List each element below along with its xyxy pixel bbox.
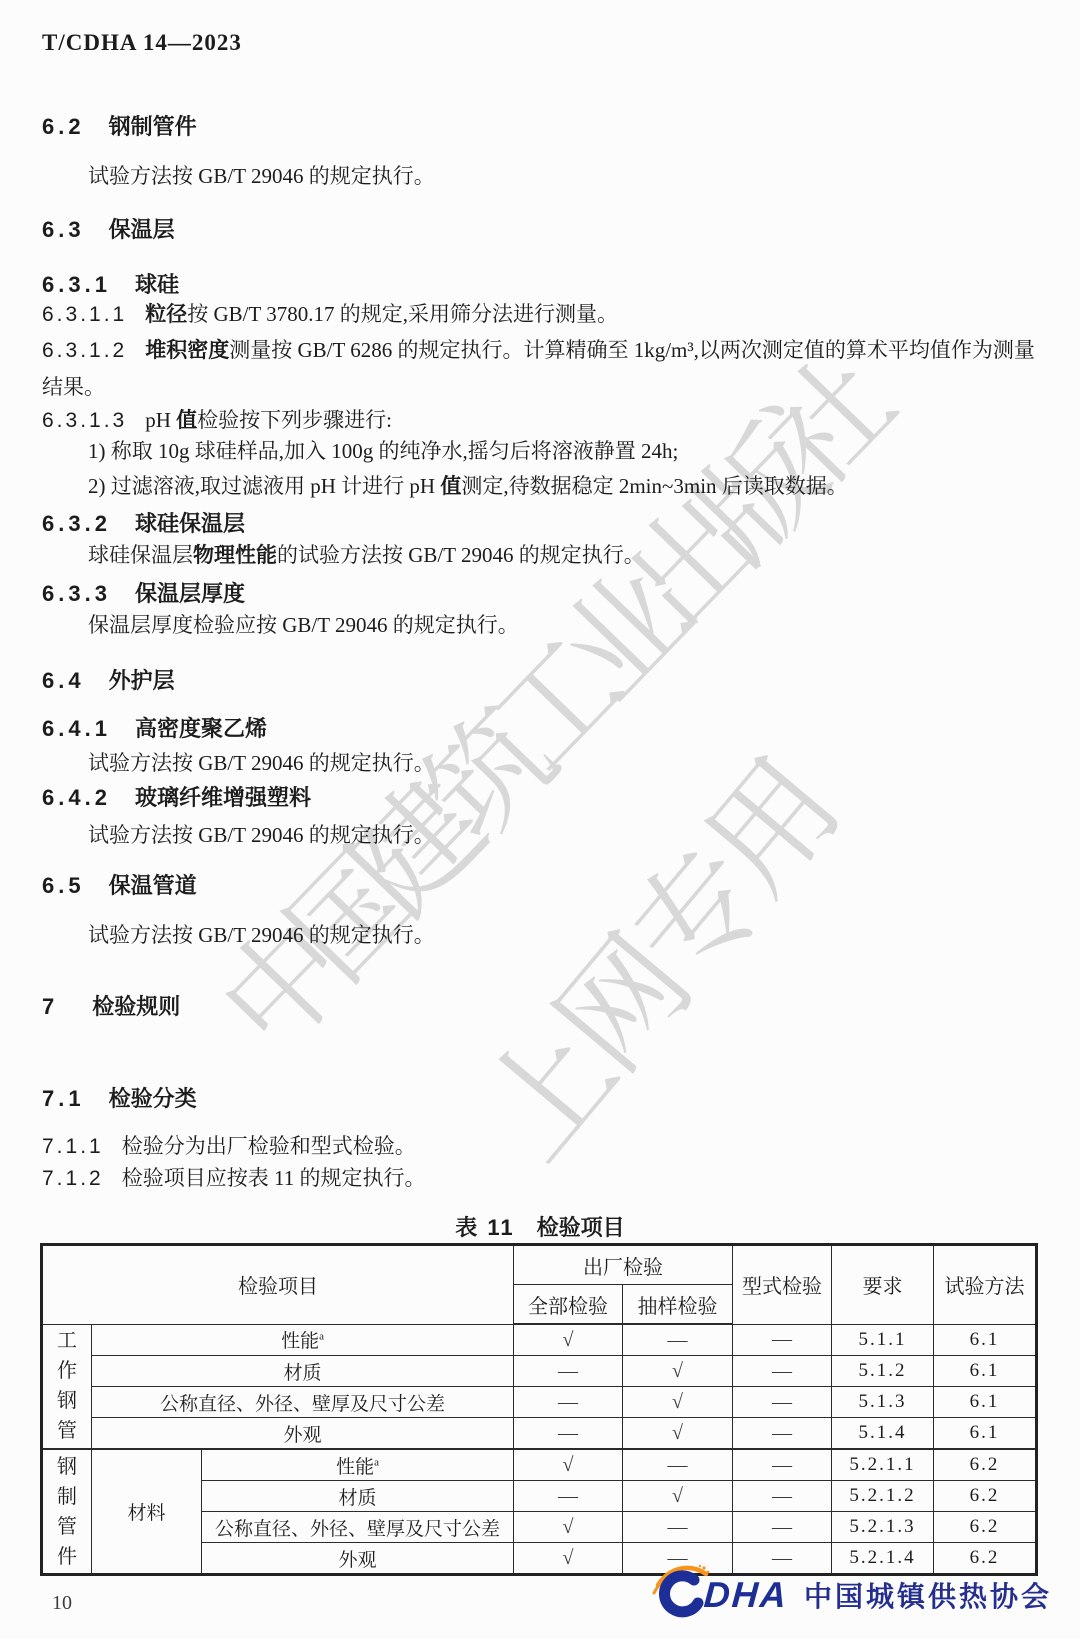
table-caption: 表 11检验项目 [0, 1211, 1080, 1242]
method-cell: 6.1 [934, 1387, 1037, 1418]
heading-6-2: 6.2钢制管件 [42, 108, 1040, 145]
table-row: 外观—√—5.1.46.1 [42, 1418, 1037, 1450]
col-header-requirement: 要求 [832, 1245, 934, 1325]
footnote-marker: a [374, 1456, 379, 1468]
mark-cell: √ [623, 1481, 733, 1512]
item-cell: 性能a [202, 1449, 514, 1481]
heading-number: 6.4 [42, 668, 85, 693]
requirement-cell: 5.1.4 [832, 1418, 934, 1450]
clause-7-1-2: 7.1.2检验项目应按表 11 的规定执行。 [42, 1160, 1040, 1197]
mark-cell: — [514, 1356, 623, 1387]
text-segment: 2) 过滤溶液,取过滤液用 pH 计进行 pH [88, 474, 440, 498]
item-cell: 公称直径、外径、壁厚及尺寸公差 [92, 1387, 514, 1418]
method-cell: 6.1 [934, 1418, 1037, 1450]
heading-title: 球硅 [135, 272, 179, 297]
text-segment: 保温层厚度检验应按 GB/T 29046 的规定执行。 [88, 613, 519, 637]
clause-number: 6.3.1.2 [42, 339, 127, 362]
paragraph: 试验方法按 GB/T 29046 的规定执行。 [88, 745, 1038, 782]
requirement-cell: 5.1.1 [832, 1324, 934, 1356]
list-item: 2) 过滤溶液,取过滤液用 pH 计进行 pH 值测定,待数据稳定 2min~3… [88, 468, 1038, 505]
requirement-cell: 5.2.1.1 [832, 1449, 934, 1481]
heading-number: 6.2 [42, 114, 85, 139]
text-segment: pH [145, 408, 176, 432]
heading-number: 6.3.2 [42, 511, 111, 536]
heading-6-4-1: 6.4.1高密度聚乙烯 [42, 710, 1040, 747]
page-number: 10 [52, 1592, 72, 1615]
col-header-type-inspection: 型式检验 [733, 1245, 832, 1325]
text-segment: 球硅保温层 [88, 543, 193, 567]
heading-title: 保温层厚度 [135, 581, 245, 606]
heading-title: 外护层 [109, 668, 175, 693]
heading-6-5: 6.5保温管道 [42, 867, 1040, 904]
emphasized-term: 堆积密度 [145, 339, 229, 362]
mark-cell: — [514, 1387, 623, 1418]
text-segment: 按 GB/T 3780.17 的规定,采用筛分法进行测量。 [187, 302, 618, 326]
mark-cell: — [514, 1418, 623, 1450]
heading-number: 6.3.1 [42, 272, 111, 297]
table-row: 材质—√—5.1.26.1 [42, 1356, 1037, 1387]
method-cell: 6.2 [934, 1449, 1037, 1481]
clause-number: 6.3.1.1 [42, 303, 127, 326]
group-label-cell: 钢制管件 [42, 1449, 92, 1575]
col-header-sampling-inspection: 抽样检验 [623, 1285, 733, 1325]
mark-cell: — [733, 1418, 832, 1450]
clause-6-3-1-1: 6.3.1.1粒径按 GB/T 3780.17 的规定,采用筛分法进行测量。 [42, 296, 1040, 333]
paragraph: 球硅保温层物理性能的试验方法按 GB/T 29046 的规定执行。 [88, 537, 1038, 574]
mark-cell: √ [514, 1543, 623, 1575]
method-cell: 6.2 [934, 1481, 1037, 1512]
mark-cell: — [623, 1512, 733, 1543]
text-segment: 检验项目应按表 11 的规定执行。 [122, 1166, 426, 1190]
requirement-cell: 5.2.1.2 [832, 1481, 934, 1512]
mark-cell: √ [623, 1387, 733, 1418]
paragraph: 试验方法按 GB/T 29046 的规定执行。 [88, 158, 1038, 195]
text-segment: 试验方法按 GB/T 29046 的规定执行。 [88, 823, 435, 847]
mark-cell: √ [514, 1512, 623, 1543]
clause-number: 7.1.2 [42, 1167, 104, 1190]
mark-cell: √ [623, 1356, 733, 1387]
group-label-cell: 工作钢管 [42, 1324, 92, 1449]
mark-cell: — [733, 1324, 832, 1356]
requirement-cell: 5.1.3 [832, 1387, 934, 1418]
list-item: 1) 称取 10g 球硅样品,加入 100g 的纯净水,摇匀后将溶液静置 24h… [88, 433, 1038, 470]
heading-number: 7.1 [42, 1086, 85, 1111]
item-cell: 公称直径、外径、壁厚及尺寸公差 [202, 1512, 514, 1543]
heading-6-4: 6.4外护层 [42, 662, 1040, 699]
logo-crescent-icon [648, 1563, 712, 1626]
heading-6-3: 6.3保温层 [42, 211, 1040, 248]
item-cell: 外观 [92, 1418, 514, 1450]
heading-title: 保温层 [109, 217, 175, 242]
col-header-item: 检验项目 [42, 1245, 514, 1325]
cdha-logo: DHA 中国城镇供热协会 [648, 1563, 1052, 1626]
mark-cell: — [733, 1387, 832, 1418]
heading-number: 6.3.3 [42, 581, 111, 606]
heading-title: 检验规则 [92, 994, 180, 1019]
mark-cell: — [733, 1356, 832, 1387]
table-header: 检验项目出厂检验型式检验要求试验方法全部检验抽样检验 [42, 1245, 1037, 1325]
clause-number: 7.1.1 [42, 1135, 104, 1158]
col-header-full-inspection: 全部检验 [514, 1285, 623, 1325]
inspection-items-table: 检验项目出厂检验型式检验要求试验方法全部检验抽样检验 工作钢管性能a√——5.1… [40, 1243, 1038, 1576]
heading-number: 6.4.1 [42, 716, 111, 741]
sub-group-label-cell: 材料 [92, 1449, 202, 1575]
mark-cell: — [733, 1481, 832, 1512]
col-header-factory-inspection: 出厂检验 [514, 1245, 733, 1285]
requirement-cell: 5.1.2 [832, 1356, 934, 1387]
text-segment: 试验方法按 GB/T 29046 的规定执行。 [88, 751, 435, 775]
mark-cell: — [733, 1449, 832, 1481]
group-label: 工作钢管 [56, 1326, 78, 1446]
mark-cell: — [623, 1324, 733, 1356]
mark-cell: √ [623, 1418, 733, 1450]
mark-cell: — [733, 1512, 832, 1543]
table-caption-title: 检验项目 [537, 1215, 625, 1240]
text-segment: 试验方法按 GB/T 29046 的规定执行。 [88, 923, 435, 947]
heading-7-1: 7.1检验分类 [42, 1080, 1040, 1117]
heading-title: 玻璃纤维增强塑料 [135, 785, 311, 810]
heading-title: 球硅保温层 [135, 511, 245, 536]
heading-6-4-2: 6.4.2玻璃纤维增强塑料 [42, 779, 1040, 816]
heading-title: 检验分类 [109, 1086, 197, 1111]
heading-title: 钢制管件 [109, 114, 197, 139]
text-segment: 测定,待数据稳定 2min~3min 后读取数据。 [461, 474, 847, 498]
table-row: 工作钢管性能a√——5.1.16.1 [42, 1324, 1037, 1356]
mark-cell: √ [514, 1449, 623, 1481]
table-caption-label: 表 11 [455, 1215, 514, 1240]
item-cell: 材质 [202, 1481, 514, 1512]
table-row: 公称直径、外径、壁厚及尺寸公差—√—5.1.36.1 [42, 1387, 1037, 1418]
logo-letters: DHA [703, 1574, 790, 1616]
paragraph: 保温层厚度检验应按 GB/T 29046 的规定执行。 [88, 607, 1038, 644]
heading-7: 7检验规则 [42, 988, 1040, 1025]
doc-code: T/CDHA 14—2023 [42, 30, 242, 56]
requirement-cell: 5.2.1.3 [832, 1512, 934, 1543]
heading-title: 高密度聚乙烯 [135, 716, 267, 741]
item-cell: 材质 [92, 1356, 514, 1387]
heading-number: 6.3 [42, 217, 85, 242]
table-body: 工作钢管性能a√——5.1.16.1材质—√—5.1.26.1公称直径、外径、壁… [42, 1324, 1037, 1575]
document-page: 中国建筑工业出版社 上网专用 T/CDHA 14—2023 6.2钢制管件试验方… [0, 0, 1080, 1639]
mark-cell: √ [514, 1324, 623, 1356]
emphasized-term: 物理性能 [193, 544, 277, 567]
method-cell: 6.1 [934, 1356, 1037, 1387]
heading-number: 6.5 [42, 873, 85, 898]
emphasized-term: 值 [176, 409, 197, 432]
heading-number: 6.4.2 [42, 785, 111, 810]
item-cell: 外观 [202, 1543, 514, 1575]
group-label: 钢制管件 [56, 1452, 78, 1572]
heading-title: 保温管道 [109, 873, 197, 898]
clause-6-3-1-2: 6.3.1.2堆积密度测量按 GB/T 6286 的规定执行。计算精确至 1kg… [42, 332, 1040, 406]
table-row: 钢制管件材料性能a√——5.2.1.16.2 [42, 1449, 1037, 1481]
mark-cell: — [514, 1481, 623, 1512]
mark-cell: — [623, 1449, 733, 1481]
text-segment: 试验方法按 GB/T 29046 的规定执行。 [88, 164, 435, 188]
paragraph: 试验方法按 GB/T 29046 的规定执行。 [88, 817, 1038, 854]
paragraph: 试验方法按 GB/T 29046 的规定执行。 [88, 917, 1038, 954]
text-segment: 1) 称取 10g 球硅样品,加入 100g 的纯净水,摇匀后将溶液静置 24h… [88, 439, 678, 463]
emphasized-term: 值 [440, 475, 461, 498]
method-cell: 6.1 [934, 1324, 1037, 1356]
footnote-marker: a [319, 1331, 324, 1343]
col-header-test-method: 试验方法 [934, 1245, 1037, 1325]
clause-number: 6.3.1.3 [42, 409, 127, 432]
item-cell: 性能a [92, 1324, 514, 1356]
org-name: 中国城镇供热协会 [804, 1575, 1052, 1615]
text-segment: 检验分为出厂检验和型式检验。 [122, 1134, 416, 1158]
text-segment: 检验按下列步骤进行: [197, 408, 392, 432]
text-segment: 的试验方法按 GB/T 29046 的规定执行。 [277, 543, 645, 567]
heading-number: 7 [42, 994, 58, 1019]
emphasized-term: 粒径 [145, 303, 187, 326]
method-cell: 6.2 [934, 1512, 1037, 1543]
